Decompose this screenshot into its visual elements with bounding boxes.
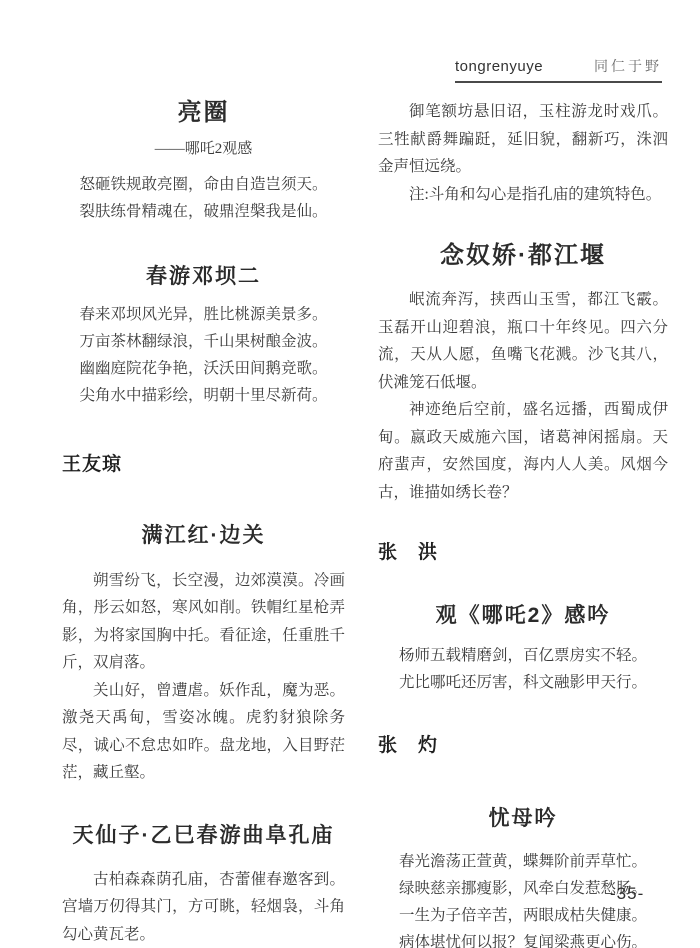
author-zhang-hong: 张 洪 [378, 537, 668, 564]
journal-name: 同仁于野 [594, 56, 662, 76]
author-zhang-zhuo: 张 灼 [378, 730, 668, 757]
poem-manjianghong-body: 朔雪纷飞，长空漫，边郊漠漠。冷画角，彤云如怒，寒风如削。铁帽红星枪弄影，为将家国… [62, 567, 345, 787]
poem-liangquan-verse: 怒砸铁规敢亮圈，命由自造岂须天。 裂肤练骨精魂在，破鼎湼槃我是仙。 [62, 171, 345, 225]
poem-paragraph: 关山好，曾遭虐。妖作乱，魔为恶。激尧天禹甸，雪姿冰魄。虎豹豺狼除务尽，诚心不怠忠… [62, 677, 345, 787]
verse-line: 一生为子倍辛苦，两眼成枯失健康。 [378, 902, 668, 929]
author-wang-youqiong: 王友琼 [62, 449, 345, 476]
poem-title-youmuyin: 忧母吟 [378, 806, 668, 832]
poem-title-guan-nezha2: 观《哪吒2》感吟 [378, 603, 668, 629]
verse-line: 万亩茶林翻绿浪，千山果树酿金波。 [62, 328, 345, 355]
verse-line: 杨师五载精磨剑，百亿票房实不轻。 [378, 642, 668, 669]
poem-paragraph: 岷流奔泻，挟西山玉雪，都江飞霰。玉磊开山迎碧浪，瓶口十年终见。四六分流，天从人愿… [378, 286, 668, 396]
verse-line: 春光澹荡正萱黄，蝶舞阶前弄草忙。 [378, 848, 668, 875]
magazine-page: tongrenyuye 同仁于野 亮圈 ——哪吒2观感 怒砸铁规敢亮圈，命由自造… [0, 0, 700, 948]
right-column: 御笔额坊悬旧诏，玉柱游龙时戏爪。三牲献爵舞蹁跹，延旧貌，翻新巧，洙泗金声恒远绕。… [378, 98, 668, 948]
poem-dengba-verse: 春来邓坝风光异，胜比桃源美景多。 万亩茶林翻绿浪，千山果树酿金波。 幽幽庭院花争… [62, 301, 345, 409]
page-header: tongrenyuye 同仁于野 [455, 56, 662, 83]
left-column: 亮圈 ——哪吒2观感 怒砸铁规敢亮圈，命由自造岂须天。 裂肤练骨精魂在，破鼎湼槃… [62, 98, 345, 948]
poem-title-niannujiao: 念奴娇·都江堰 [378, 241, 668, 271]
poem-title-manjianghong: 满江红·边关 [62, 523, 345, 549]
poem-paragraph: 神迹绝后空前，盛名远播，西蜀成伊甸。嬴政天威施六国，诸葛神闲摇扇。天府蜚声，安然… [378, 396, 668, 506]
poem-title-tianxianzi: 天仙子·乙巳春游曲阜孔庙 [62, 823, 345, 849]
verse-line: 尤比哪吒还厉害，科文融影甲天行。 [378, 669, 668, 696]
poem-paragraph: 古柏森森荫孔庙，杏蕾催春邀客到。宫墙万仞得其门，方可眺，轻烟袅，斗角勾心黄瓦老。 [62, 866, 345, 948]
poem-note: 注:斗角和勾心是指孔庙的建筑特色。 [378, 181, 668, 209]
poem-title-chunyou-dengba: 春游邓坝二 [62, 264, 345, 290]
poem-paragraph: 御笔额坊悬旧诏，玉柱游龙时戏爪。三牲献爵舞蹁跹，延旧貌，翻新巧，洙泗金声恒远绕。 [378, 98, 668, 181]
verse-line: 尖角水中描彩绘，明朝十里尽新荷。 [62, 382, 345, 409]
page-number: -35- [610, 884, 644, 904]
poem-nezha2-verse: 杨师五载精磨剑，百亿票房实不轻。 尤比哪吒还厉害，科文融影甲天行。 [378, 642, 668, 696]
journal-pinyin: tongrenyuye [455, 58, 543, 75]
poem-paragraph: 朔雪纷飞，长空漫，边郊漠漠。冷画角，彤云如怒，寒风如削。铁帽红星枪弄影，为将家国… [62, 567, 345, 677]
poem-niannujiao-body: 岷流奔泻，挟西山玉雪，都江飞霰。玉磊开山迎碧浪，瓶口十年终见。四六分流，天从人愿… [378, 286, 668, 506]
verse-line: 裂肤练骨精魂在，破鼎湼槃我是仙。 [62, 198, 345, 225]
verse-line: 幽幽庭院花争艳，沃沃田间鹅竞歌。 [62, 355, 345, 382]
verse-line: 春来邓坝风光异，胜比桃源美景多。 [62, 301, 345, 328]
verse-line: 病体堪忧何以报？复闻梁燕更心伤。 [378, 929, 668, 948]
poem-subtitle-nezha: ——哪吒2观感 [62, 137, 345, 158]
verse-line: 怒砸铁规敢亮圈，命由自造岂须天。 [62, 171, 345, 198]
poem-tianxianzi-continued: 御笔额坊悬旧诏，玉柱游龙时戏爪。三牲献爵舞蹁跹，延旧貌，翻新巧，洙泗金声恒远绕。… [378, 98, 668, 208]
poem-tianxianzi-body: 古柏森森荫孔庙，杏蕾催春邀客到。宫墙万仞得其门，方可眺，轻烟袅，斗角勾心黄瓦老。 [62, 866, 345, 948]
poem-title-liangquan: 亮圈 [62, 98, 345, 128]
